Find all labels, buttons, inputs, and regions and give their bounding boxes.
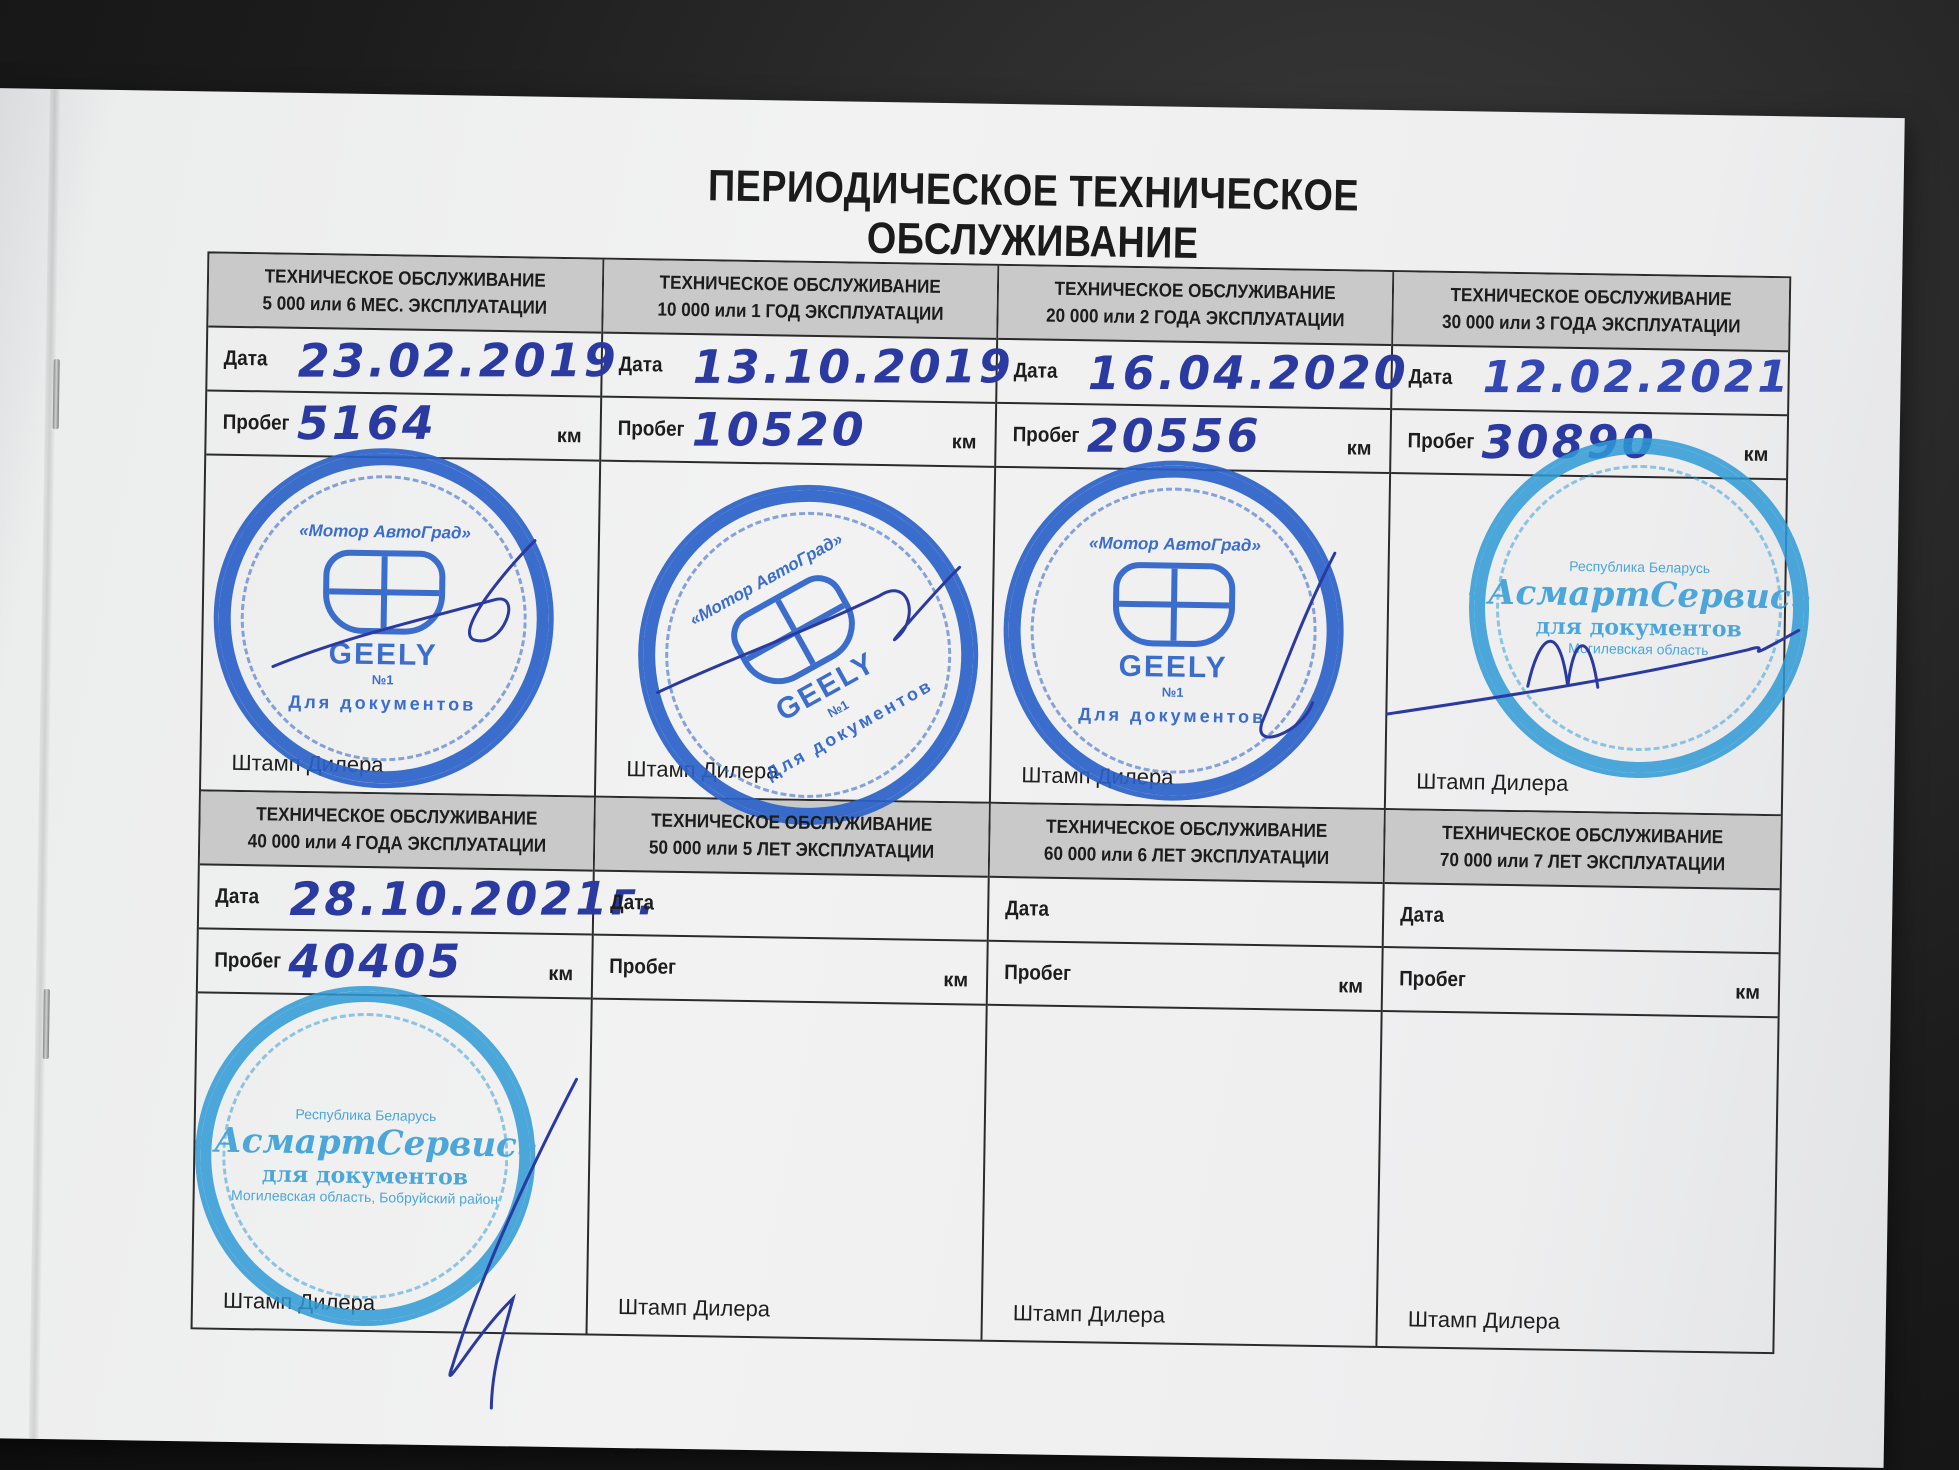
km-unit-label: км (548, 963, 573, 986)
service-cell-5: ТЕХНИЧЕСКОЕ ОБСЛУЖИВАНИЕ 40 000 или 4 ГО… (193, 791, 596, 1333)
page-fold (29, 89, 60, 1439)
mileage-label: Пробег (214, 949, 281, 974)
date-value[interactable]: 13.10.2019 (693, 339, 1014, 394)
dealer-seal-stamp: Республика Беларусь «АсмартСервис» для д… (1466, 435, 1811, 780)
date-label: Дата (1408, 365, 1452, 390)
mileage-value[interactable]: 20556 (1087, 408, 1262, 462)
date-label: Дата (1400, 903, 1444, 928)
service-header: ТЕХНИЧЕСКОЕ ОБСЛУЖИВАНИЕ 60 000 или 6 ЛЕ… (990, 804, 1384, 884)
dealer-stamp-label: Штамп Дилера (1408, 1306, 1560, 1334)
date-label: Дата (1013, 359, 1057, 384)
staple (53, 359, 60, 429)
mileage-label: Пробег (1012, 423, 1079, 448)
service-cell-7: ТЕХНИЧЕСКОЕ ОБСЛУЖИВАНИЕ 60 000 или 6 ЛЕ… (982, 804, 1385, 1346)
service-cell-3: ТЕХНИЧЕСКОЕ ОБСЛУЖИВАНИЕ 20 000 или 2 ГО… (991, 266, 1394, 810)
date-value[interactable]: 23.02.2019 (298, 333, 619, 388)
service-header: ТЕХНИЧЕСКОЕ ОБСЛУЖИВАНИЕ 10 000 или 1 ГО… (603, 260, 997, 340)
dealer-stamp-area: Штамп Дилера Республика Беларусь «Асмарт… (1386, 474, 1786, 814)
service-header: ТЕХНИЧЕСКОЕ ОБСЛУЖИВАНИЕ 30 000 или 3 ГО… (1393, 272, 1789, 352)
mileage-label: Пробег (1399, 967, 1466, 992)
service-cell-1: ТЕХНИЧЕСКОЕ ОБСЛУЖИВАНИЕ 5 000 или 6 МЕС… (201, 253, 604, 797)
km-unit-label: км (1338, 975, 1363, 998)
dealer-stamp-label: Штамп Дилера (1013, 1300, 1165, 1328)
mileage-label: Пробег (1004, 961, 1071, 986)
dealer-stamp-area: Штамп Дилера (1377, 1012, 1777, 1352)
service-header-interval: 20 000 или 2 ГОДА ЭКСПЛУАТАЦИИ (1046, 303, 1345, 335)
mileage-row[interactable]: Пробег 10520 км (601, 398, 995, 468)
date-label: Дата (610, 891, 654, 916)
dealer-stamp-area: Штамп Дилера Республика Беларусь «Асмарт… (193, 993, 591, 1333)
km-unit-label: км (943, 969, 968, 992)
date-value[interactable]: 12.02.2021 (1483, 352, 1791, 404)
dealer-stamp-area: Штамп Дилера «Мотор АвтоГрад» GEELY №1 Д… (201, 455, 599, 795)
km-unit-label: км (557, 425, 582, 448)
service-header-interval: 10 000 или 1 ГОД ЭКСПЛУАТАЦИИ (657, 297, 943, 328)
service-header-interval: 60 000 или 6 ЛЕТ ЭКСПЛУАТАЦИИ (1044, 841, 1330, 872)
seal-ring (220, 1011, 510, 1301)
dealer-stamp-area: Штамп Дилера «Мотор АвтоГрад» GEELY №1 Д… (991, 468, 1389, 808)
mileage-value[interactable]: 5164 (297, 396, 437, 450)
service-header: ТЕХНИЧЕСКОЕ ОБСЛУЖИВАНИЕ 40 000 или 4 ГО… (200, 791, 594, 871)
geely-logo-icon (1112, 562, 1235, 648)
dealer-seal-stamp: «Мотор АвтоГрад» GEELY №1 Для документов (211, 446, 556, 791)
maintenance-table: ТЕХНИЧЕСКОЕ ОБСЛУЖИВАНИЕ 5 000 или 6 МЕС… (191, 251, 1792, 1354)
seal-ring (1494, 463, 1784, 753)
date-value[interactable]: 16.04.2020 (1088, 346, 1409, 401)
km-unit-label: км (1743, 444, 1768, 467)
dealer-stamp-label: Штамп Дилера (618, 1294, 770, 1322)
dealer-stamp-area: Штамп Дилера (982, 1006, 1380, 1346)
mileage-label: Пробег (223, 411, 290, 436)
mileage-row[interactable]: Пробег км (988, 942, 1382, 1012)
date-label: Дата (215, 885, 259, 910)
mileage-value[interactable]: 40405 (288, 934, 463, 988)
service-header-interval: 50 000 или 5 ЛЕТ ЭКСПЛУАТАЦИИ (649, 834, 935, 865)
mileage-row[interactable]: Пробег км (593, 936, 987, 1006)
mileage-label: Пробег (618, 417, 685, 442)
geely-logo-icon (322, 549, 445, 635)
date-label: Дата (619, 353, 663, 378)
service-cell-2: ТЕХНИЧЕСКОЕ ОБСЛУЖИВАНИЕ 10 000 или 1 ГО… (596, 260, 999, 804)
date-row[interactable]: Дата 28.10.2021г. (199, 865, 593, 935)
service-header-interval: 40 000 или 4 ГОДА ЭКСПЛУАТАЦИИ (247, 828, 546, 860)
staple (43, 989, 50, 1059)
date-row[interactable]: Дата 12.02.2021 (1392, 346, 1788, 416)
service-header: ТЕХНИЧЕСКОЕ ОБСЛУЖИВАНИЕ 50 000 или 5 ЛЕ… (595, 798, 989, 878)
km-unit-label: км (1735, 982, 1760, 1005)
page-title: ПЕРИОДИЧЕСКОЕ ТЕХНИЧЕСКОЕ ОБСЛУЖИВАНИЕ (572, 159, 1494, 273)
km-unit-label: км (1347, 437, 1372, 460)
mileage-value[interactable]: 10520 (692, 402, 867, 456)
dealer-stamp-area: Штамп Дилера (588, 1000, 986, 1340)
dealer-stamp-area: Штамп Дилера «Мотор АвтоГрад» GEELY №1 Д… (596, 462, 994, 802)
service-header: ТЕХНИЧЕСКОЕ ОБСЛУЖИВАНИЕ 70 000 или 7 ЛЕ… (1385, 810, 1781, 890)
km-unit-label: км (952, 431, 977, 454)
service-cell-8: ТЕХНИЧЕСКОЕ ОБСЛУЖИВАНИЕ 70 000 или 7 ЛЕ… (1377, 810, 1780, 1352)
date-label: Дата (1005, 897, 1049, 922)
service-header-interval: 30 000 или 3 ГОДА ЭКСПЛУАТАЦИИ (1442, 309, 1741, 341)
service-header: ТЕХНИЧЕСКОЕ ОБСЛУЖИВАНИЕ 20 000 или 2 ГО… (998, 266, 1392, 346)
service-header: ТЕХНИЧЕСКОЕ ОБСЛУЖИВАНИЕ 5 000 или 6 МЕС… (208, 253, 602, 333)
service-booklet-page: ПЕРИОДИЧЕСКОЕ ТЕХНИЧЕСКОЕ ОБСЛУЖИВАНИЕ Т… (0, 88, 1905, 1468)
date-row[interactable]: Дата (989, 878, 1383, 948)
date-row[interactable]: Дата 16.04.2020 (997, 340, 1391, 410)
date-row[interactable]: Дата (1384, 884, 1780, 954)
date-row[interactable]: Дата (594, 872, 988, 942)
dealer-seal-stamp: Республика Беларусь «АсмартСервис» для д… (193, 983, 538, 1328)
date-label: Дата (224, 347, 268, 372)
service-cell-6: ТЕХНИЧЕСКОЕ ОБСЛУЖИВАНИЕ 50 000 или 5 ЛЕ… (588, 798, 991, 1340)
date-row[interactable]: Дата 23.02.2019 (207, 327, 601, 397)
mileage-label: Пробег (1407, 429, 1474, 454)
dealer-seal-stamp: «Мотор АвтоГрад» GEELY №1 Для документов (1001, 458, 1346, 803)
service-header-interval: 70 000 или 7 ЛЕТ ЭКСПЛУАТАЦИИ (1440, 847, 1726, 878)
mileage-row[interactable]: Пробег км (1383, 948, 1779, 1018)
service-header-interval: 5 000 или 6 МЕС. ЭКСПЛУАТАЦИИ (263, 290, 548, 321)
dealer-stamp-label: Штамп Дилера (1416, 768, 1568, 796)
date-row[interactable]: Дата 13.10.2019 (602, 334, 996, 404)
service-cell-4: ТЕХНИЧЕСКОЕ ОБСЛУЖИВАНИЕ 30 000 или 3 ГО… (1386, 272, 1789, 816)
mileage-label: Пробег (609, 955, 676, 980)
